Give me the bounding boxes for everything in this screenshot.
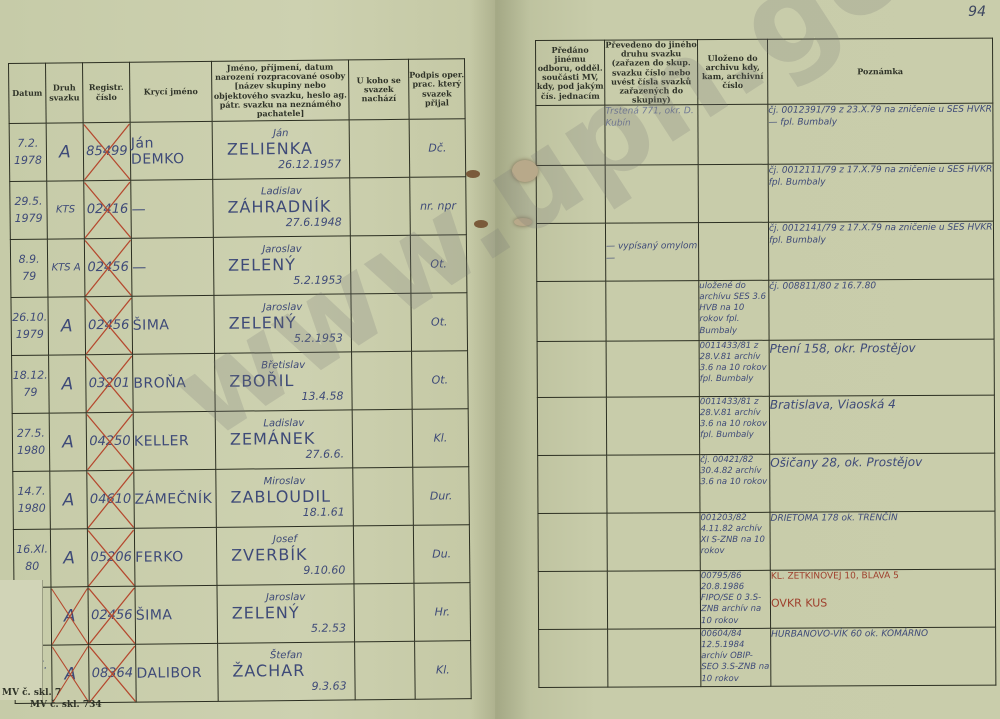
handed-over-cell	[537, 397, 606, 455]
archived-cell: 0011433/81 z 28.V.81 archív 3.6 na 10 ro…	[699, 341, 769, 397]
converted-cell	[607, 571, 700, 629]
person-cell: JaroslavZELENÝ5.2.1953	[214, 294, 352, 353]
registration-wrap: 04250	[87, 413, 134, 469]
registration-wrap: 03201	[86, 355, 133, 411]
kind-cell: A	[49, 355, 87, 413]
binding-hole	[474, 220, 488, 228]
note-text: HURBANOVO-VÍK 60 ok. KOMÁRNO	[771, 628, 995, 641]
kind-cell: A	[50, 471, 88, 529]
book-gutter	[470, 0, 530, 719]
holder-cell	[352, 351, 413, 410]
handed-over-cell	[538, 513, 607, 571]
archived-cell	[698, 105, 768, 165]
surname: ZÁHRADNÍK	[213, 196, 349, 216]
note-text-secondary: OVKR KUS	[771, 596, 995, 612]
surname: ZVERBÍK	[217, 544, 353, 564]
note-text: DRIETOMA 178 ok. TRENČÍN	[770, 512, 994, 525]
signature-cell: nr. npr	[410, 177, 467, 236]
date-cell: 16.XI. 80	[13, 529, 51, 587]
note-cell: Bratislava, Viaoská 4	[769, 395, 994, 454]
cover-name-cell: ŠIMA	[135, 585, 218, 644]
cover-name-cell: Ján DEMKO	[130, 121, 213, 180]
archived-cell: 0011433/81 z 28.V.81 archív 3.6 na 10 ro…	[699, 397, 769, 455]
converted-cell: — vypísaný omylom —	[605, 223, 698, 281]
person-cell: JaroslavZELENÝ5.2.53	[217, 584, 355, 643]
note-cell: čj. 0012111/79 z 17.X.79 na zničenie u S…	[768, 163, 993, 222]
surname: ZEMÁNEK	[216, 428, 352, 448]
note-cell: čj. 0012141/79 z 17.X.79 na zničenie u S…	[768, 221, 993, 280]
table-row: 16.XI. 80A05206FERKOJosefZVERBÍK9.10.60D…	[13, 525, 470, 588]
holder-cell	[352, 409, 413, 468]
table-row: 00795/86 20.8.1986 FIPO/SE 0 3.S-ZNB arc…	[538, 569, 995, 629]
note-text: čj. 0012111/79 z 17.X.79 na zničenie u S…	[769, 164, 993, 189]
date-of-birth: 5.2.1953	[215, 331, 351, 345]
table-row: 001203/82 4.11.82 archív XI S-ZNB na 10 …	[538, 511, 995, 571]
note-text: Ptení 158, okr. Prostějov	[770, 340, 994, 357]
archived-cell: 00604/84 12.5.1984 archív OBIP-SEO 3.S-Z…	[701, 629, 771, 687]
holder-cell	[349, 119, 410, 178]
registration-number-cell: 85499	[83, 122, 131, 180]
converted-cell	[606, 281, 699, 341]
handed-over-cell	[536, 165, 605, 223]
handed-over-cell	[539, 629, 608, 687]
kind-cell: KTS A	[47, 239, 85, 297]
person-cell: LadislavZÁHRADNÍK27.6.1948	[213, 178, 351, 237]
kind-cell: A	[49, 413, 87, 471]
kind-wrap: A	[52, 588, 89, 644]
registration-number-cell: 02456	[85, 296, 133, 354]
holder-cell	[355, 641, 416, 700]
binding-hole	[466, 170, 480, 178]
column-header: Krycí jméno	[129, 61, 212, 122]
signature-cell: Ot.	[412, 351, 469, 410]
previous-page-edge	[0, 580, 43, 700]
registration-number-cell: 02456	[88, 586, 136, 644]
kind-cell: A	[51, 587, 89, 645]
table-row: Trstená 771, okr. D. Kubínčj. 0012391/79…	[536, 103, 993, 165]
registration-number-cell: 08364	[89, 644, 137, 702]
signature-cell: Kl.	[412, 409, 469, 468]
right-ledger-table: Předáno jinému odboru, odděl. součásti M…	[535, 38, 996, 689]
date-cell: 26.10. 1979	[11, 297, 49, 355]
handed-over-cell	[536, 223, 605, 281]
note-text: čj. 0012391/79 z 23.X.79 na zničenie u S…	[768, 104, 992, 129]
surname: ŽACHAR	[218, 660, 354, 680]
registration-wrap: 02456	[88, 587, 135, 643]
table-row: čj. 00421/82 30.4.82 archív 3.6 na 10 ro…	[538, 453, 995, 513]
note-cell: čj. 008811/80 z 16.7.80	[769, 279, 994, 340]
date-of-birth: 9.10.60	[217, 563, 353, 577]
date-of-birth: 5.2.53	[218, 621, 354, 635]
form-code: MV č. skl. 734	[30, 700, 102, 710]
archived-cell: 001203/82 4.11.82 archív XI S-ZNB na 10 …	[700, 513, 770, 571]
surname: ZABLOUDIL	[216, 486, 352, 506]
paper-tear	[514, 218, 532, 226]
column-header: Poznámka	[767, 38, 992, 104]
date-cell: 8.9. 79	[10, 239, 48, 297]
handed-over-cell	[538, 571, 607, 629]
holder-cell	[351, 293, 412, 352]
cover-name-cell: ZÁMEČNÍK	[134, 469, 217, 528]
signature-cell: Ot.	[411, 293, 468, 352]
date-of-birth: 27.6.6.	[216, 447, 352, 461]
holder-cell	[350, 235, 411, 294]
paper-tear	[512, 160, 538, 182]
table-row: 27.5. 1980A04250KELLERLadislavZEMÁNEK27.…	[12, 409, 469, 472]
cover-name-cell: KELLER	[133, 411, 216, 470]
page-number: 94	[968, 4, 986, 20]
date-of-birth: 13.4.58	[215, 389, 351, 403]
cover-name-cell: —	[131, 237, 214, 296]
table-row: 1.6. 81A02456ŠIMAJaroslavZELENÝ5.2.53Hr.	[14, 583, 471, 646]
handed-over-cell	[537, 341, 606, 397]
kind-cell: A	[50, 529, 88, 587]
person-cell: MiroslavZABLOUDIL18.1.61	[216, 468, 354, 527]
column-header: Druh svazku	[46, 63, 84, 123]
converted-cell: Trstená 771, okr. D. Kubín	[605, 105, 698, 165]
right-header-row: Předáno jinému odboru, odděl. součásti M…	[536, 38, 993, 106]
note-cell: DRIETOMA 178 ok. TRENČÍN	[770, 511, 995, 570]
signature-cell: Hr.	[414, 583, 471, 642]
table-row: 26.10. 1979A02456ŠIMAJaroslavZELENÝ5.2.1…	[11, 293, 468, 356]
registration-number-cell: 04610	[87, 470, 135, 528]
note-cell: HURBANOVO-VÍK 60 ok. KOMÁRNO	[771, 627, 996, 686]
table-row: — vypísaný omylom —čj. 0012141/79 z 17.X…	[536, 221, 993, 281]
converted-cell	[606, 397, 699, 455]
converted-cell	[608, 629, 701, 687]
table-row: čj. 0012111/79 z 17.X.79 na zničenie u S…	[536, 163, 993, 223]
person-cell: BřetislavZBOŘIL13.4.58	[215, 352, 353, 411]
signature-cell: Du.	[413, 525, 470, 584]
column-header: Předáno jinému odboru, odděl. součásti M…	[536, 40, 605, 106]
column-header: Uloženo do archivu kdy, kam, archivní čí…	[698, 39, 768, 105]
table-row: 00604/84 12.5.1984 archív OBIP-SEO 3.S-Z…	[539, 627, 996, 687]
registration-number-cell: 03201	[86, 354, 134, 412]
holder-cell	[350, 177, 411, 236]
surname: ZELENÝ	[218, 602, 354, 622]
cover-name-cell: ŠIMA	[132, 295, 215, 354]
note-text: KL. ZETKINOVEJ 10, BLAVA 5	[771, 570, 995, 583]
left-ledger-table: DatumDruh svazkuRegistr. čísloKrycí jmén…	[8, 58, 472, 704]
date-of-birth: 26.12.1957	[213, 157, 349, 171]
archived-cell: čj. 00421/82 30.4.82 archív 3.6 na 10 ro…	[700, 455, 770, 513]
handed-over-cell	[538, 455, 607, 513]
person-cell: ŠtefanŽACHAR9.3.63	[218, 642, 356, 701]
table-row: uložené do archívu SES 3.6 HVB na 10 rok…	[537, 279, 994, 341]
converted-cell	[607, 455, 700, 513]
date-cell: 7.2. 1978	[9, 123, 47, 181]
holder-cell	[353, 467, 414, 526]
cover-name-cell: —	[131, 179, 214, 238]
table-row: 7.2. 1978A85499Ján DEMKOJánZELIENKA26.12…	[9, 119, 466, 182]
registration-wrap: 02416	[84, 181, 131, 237]
holder-cell	[354, 583, 415, 642]
date-cell: 27.5. 1980	[12, 413, 50, 471]
kind-cell: A	[48, 297, 86, 355]
column-header: Převedeno do jiného druhu svazku (zařaze…	[605, 40, 698, 106]
date-of-birth: 18.1.61	[217, 505, 353, 519]
date-of-birth: 9.3.63	[218, 679, 354, 693]
note-text: čj. 0012141/79 z 17.X.79 na zničenie u S…	[769, 222, 993, 247]
note-text: Ošičany 28, ok. Prostějov	[770, 454, 994, 471]
signature-cell: Kl.	[415, 641, 472, 700]
signature-cell: Ot.	[410, 235, 467, 294]
archived-cell: uložené do archívu SES 3.6 HVB na 10 rok…	[699, 281, 769, 341]
registration-wrap: 05206	[88, 529, 135, 585]
note-cell: Ošičany 28, ok. Prostějov	[770, 453, 995, 512]
archived-cell	[698, 223, 768, 281]
person-cell: LadislavZEMÁNEK27.6.6.	[215, 410, 353, 469]
signature-cell: Dč.	[409, 119, 466, 178]
cover-name-cell: BROŇA	[133, 353, 216, 412]
table-row: 15.7. 82A08364DALIBORŠtefanŽACHAR9.3.63K…	[15, 641, 472, 704]
converted-cell	[605, 165, 698, 223]
note-cell: KL. ZETKINOVEJ 10, BLAVA 5OVKR KUS	[770, 569, 995, 628]
registration-wrap: 02456	[85, 239, 132, 295]
kind-cell: KTS	[47, 181, 85, 239]
archived-cell	[698, 165, 768, 223]
note-cell: čj. 0012391/79 z 23.X.79 na zničenie u S…	[768, 103, 993, 164]
table-row: 0011433/81 z 28.V.81 archív 3.6 na 10 ro…	[537, 339, 994, 397]
surname: ZELIENKA	[213, 138, 349, 158]
handed-over-cell	[536, 105, 605, 165]
table-row: 18.12. 79A03201BROŇABřetislavZBOŘIL13.4.…	[12, 351, 469, 414]
table-row: 14.7. 1980A04610ZÁMEČNÍKMiroslavZABLOUDI…	[13, 467, 470, 530]
person-cell: JaroslavZELENÝ5.2.1953	[213, 236, 351, 295]
registration-wrap: 04610	[87, 471, 134, 527]
table-row: 0011433/81 z 28.V.81 archív 3.6 na 10 ro…	[537, 395, 994, 455]
form-code-partial: MV č. skl. 7	[2, 688, 61, 698]
note-text: čj. 008811/80 z 16.7.80	[769, 280, 993, 293]
surname: ZELENÝ	[214, 254, 350, 274]
table-row: 29.5. 1979KTS02416—LadislavZÁHRADNÍK27.6…	[10, 177, 467, 240]
column-header: Jméno, příjmení, datum narození rozpraco…	[211, 60, 349, 121]
signature-cell: Dur.	[413, 467, 470, 526]
surname: ZBOŘIL	[215, 370, 351, 390]
registration-number-cell: 02456	[84, 238, 132, 296]
archived-cell: 00795/86 20.8.1986 FIPO/SE 0 3.S-ZNB arc…	[700, 571, 770, 629]
cover-name-cell: FERKO	[134, 527, 217, 586]
note-text: Bratislava, Viaoská 4	[770, 396, 994, 413]
converted-cell	[606, 341, 699, 397]
person-cell: JánZELIENKA26.12.1957	[212, 120, 350, 179]
date-cell: 14.7. 1980	[13, 471, 51, 529]
cover-name-cell: DALIBOR	[136, 643, 219, 702]
column-header: Datum	[9, 63, 47, 123]
date-of-birth: 27.6.1948	[214, 215, 350, 229]
person-cell: JosefZVERBÍK9.10.60	[216, 526, 354, 585]
converted-cell	[607, 513, 700, 571]
registration-wrap: 08364	[89, 645, 136, 701]
note-cell: Ptení 158, okr. Prostějov	[769, 339, 994, 396]
table-row: 8.9. 79KTS A02456—JaroslavZELENÝ5.2.1953…	[10, 235, 467, 298]
column-header: Registr. číslo	[83, 62, 131, 122]
surname: ZELENÝ	[215, 312, 351, 332]
date-cell: 18.12. 79	[12, 355, 50, 413]
kind-cell: A	[46, 123, 84, 181]
handed-over-cell	[537, 281, 606, 341]
column-header: U koho se svazek nachází	[348, 59, 409, 120]
registration-wrap: 85499	[84, 123, 131, 179]
date-cell: 29.5. 1979	[10, 181, 48, 239]
holder-cell	[353, 525, 414, 584]
date-of-birth: 5.2.1953	[214, 273, 350, 287]
registration-wrap: 02456	[85, 297, 132, 353]
column-header: Podpis oper. prac. který svazek přijal	[408, 59, 465, 120]
registration-number-cell: 02416	[84, 180, 132, 238]
registration-number-cell: 04250	[86, 412, 134, 470]
left-header-row: DatumDruh svazkuRegistr. čísloKrycí jmén…	[9, 59, 466, 124]
registration-number-cell: 05206	[87, 528, 135, 586]
